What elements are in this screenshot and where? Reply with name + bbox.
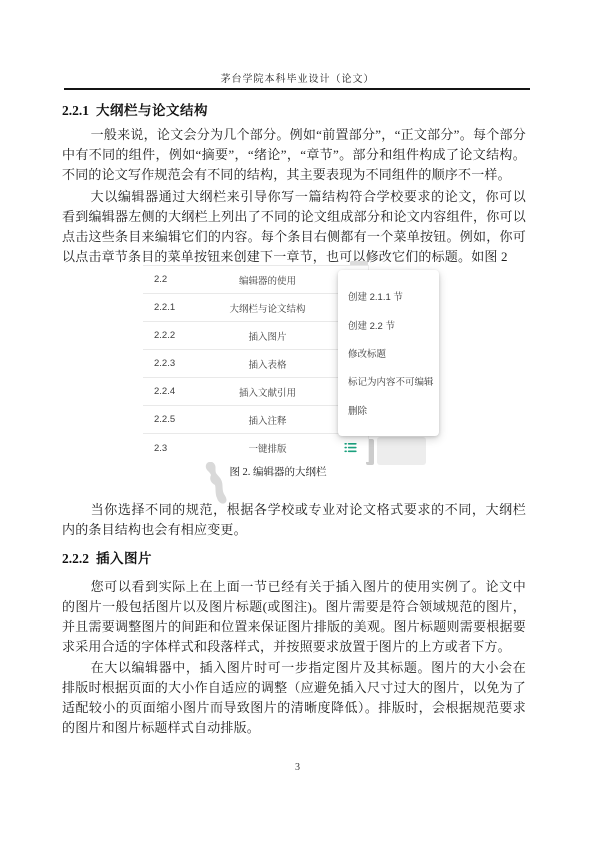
body-paragraph: 大以编辑器通过大纲栏来引导你写一篇结构符合学校要求的论文，你可以看到编辑器左侧的… [62,187,526,267]
outline-row: 2.2.5 插入注释 [143,406,368,434]
figure-caption: 图 2. 编辑器的大纲栏 [143,464,413,479]
section-title: 插入图片 [96,551,152,566]
menu-item-mark-readonly: 标记为内容不可编辑 [338,374,439,388]
outline-row: 2.2.3 插入表格 [143,350,368,378]
outline-row: 2.3 一键排版 [143,434,368,462]
outline-row: 2.2.2 插入图片 [143,322,368,350]
menu-item-rename-title: 修改标题 [338,346,439,360]
outline-row-number: 2.2.5 [143,414,201,425]
figure-outline-panel: 2.2 编辑器的使用 2.2.1 大纲栏与论文结构 2.2.2 插入图片 2.2… [143,265,369,462]
section-number: 2.2.2 [62,551,89,566]
menu-item-delete: 删除 [338,403,439,417]
section-heading-2-2-1: 2.2.1大纲栏与论文结构 [62,99,208,119]
document-page: 茅台学院本科毕业设计（论文） 2.2.1大纲栏与论文结构 一般来说，论文会分为几… [0,0,595,842]
section-title: 大纲栏与论文结构 [96,103,208,118]
outline-row-number: 2.2.2 [143,330,201,341]
figure-context-menu: 创建 2.1.1 节 创建 2.2 节 修改标题 标记为内容不可编辑 删除 [338,270,439,436]
outline-row-number: 2.2.1 [143,302,201,313]
outline-row: 2.2 编辑器的使用 [143,266,368,294]
body-paragraph: 您可以看到实际上在上面一节已经有关于插入图片的使用实例了。论文中的图片一般包括图… [62,577,526,657]
background-fragment [377,437,426,465]
outline-row-number: 2.2.4 [143,386,201,397]
menu-item-create-section: 创建 2.2 节 [338,318,439,332]
section-heading-2-2-2: 2.2.2插入图片 [62,547,152,567]
section-number: 2.2.1 [62,103,89,118]
format-list-icon [343,440,358,455]
outline-row: 2.2.4 插入文献引用 [143,378,368,406]
outline-row-number: 2.2.3 [143,358,201,369]
body-paragraph: 当你选择不同的规范，根据各学校或专业对论文格式要求的不同，大纲栏内的条目结构也会… [62,500,526,540]
menu-item-create-subsection: 创建 2.1.1 节 [338,289,439,303]
outline-row-number: 2.2 [143,274,201,285]
body-paragraph: 一般来说，论文会分为几个部分。例如“前置部分”，“正文部分”。每个部分中有不同的… [62,125,526,185]
header-rule [64,88,530,90]
page-number: 3 [0,762,595,773]
body-paragraph: 在大以编辑器中，插入图片时可一步指定图片及其标题。图片的大小会在排版时根据页面的… [62,658,526,738]
outline-row: 2.2.1 大纲栏与论文结构 [143,294,368,322]
page-header-title: 茅台学院本科毕业设计（论文） [0,70,595,85]
outline-row-number: 2.3 [143,443,201,454]
